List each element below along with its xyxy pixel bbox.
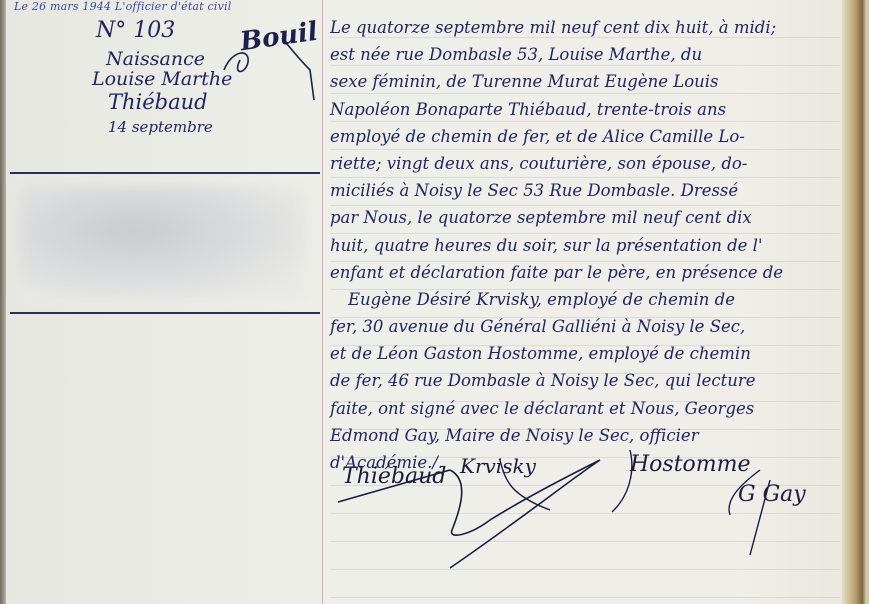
- entry-date: 14 septembre: [108, 118, 213, 136]
- entry-number: N° 103: [96, 18, 175, 43]
- act-line: miciliés à Noisy le Sec 53 Rue Dombasle.…: [330, 177, 840, 204]
- register-page: Le 26 mars 1944 L'officier d'état civil …: [0, 0, 869, 604]
- entry-type: Naissance: [106, 48, 205, 70]
- signature-mayor: G Gay: [738, 482, 806, 507]
- act-line: riette; vingt deux ans, couturière, son …: [330, 150, 840, 177]
- margin-divider-top: [10, 172, 320, 174]
- margin-divider-bottom: [10, 312, 320, 314]
- act-line: sexe féminin, de Turenne Murat Eugène Lo…: [330, 68, 840, 95]
- act-line: employé de chemin de fer, et de Alice Ca…: [330, 123, 840, 150]
- act-line: huit, quatre heures du soir, sur la prés…: [330, 232, 840, 259]
- margin-top-note: Le 26 mars 1944 L'officier d'état civil: [14, 0, 231, 13]
- act-line: par Nous, le quatorze septembre mil neuf…: [330, 204, 840, 231]
- act-text: Le quatorze septembre mil neuf cent dix …: [330, 14, 840, 476]
- signatures: Thiébaud Krvisky Hostomme G Gay: [330, 440, 840, 590]
- act-line: et de Léon Gaston Hostomme, employé de c…: [330, 340, 840, 367]
- signature-witness1: Krvisky: [460, 454, 536, 478]
- act-line: est née rue Dombasle 53, Louise Marthe, …: [330, 41, 840, 68]
- subject-given-names: Louise Marthe: [92, 68, 232, 90]
- act-line: enfant et déclaration faite par le père,…: [330, 259, 840, 286]
- act-line: Eugène Désiré Krvisky, employé de chemin…: [330, 286, 840, 313]
- margin-line: [322, 0, 323, 604]
- act-line: Le quatorze septembre mil neuf cent dix …: [330, 14, 840, 41]
- book-binding: [842, 0, 869, 604]
- act-line: fer, 30 avenue du Général Galliéni à Noi…: [330, 313, 840, 340]
- act-line: de fer, 46 rue Dombasle à Noisy le Sec, …: [330, 367, 840, 394]
- act-line: faite, ont signé avec le déclarant et No…: [330, 395, 840, 422]
- signature-flourishes-icon: [330, 440, 840, 590]
- signature-witness2: Hostomme: [630, 452, 751, 477]
- page-left-edge: [0, 0, 6, 604]
- act-line: Napoléon Bonaparte Thiébaud, trente-troi…: [330, 96, 840, 123]
- subject-surname: Thiébaud: [108, 90, 208, 114]
- redacted-note: [redacted marginal annotation]: [18, 185, 308, 300]
